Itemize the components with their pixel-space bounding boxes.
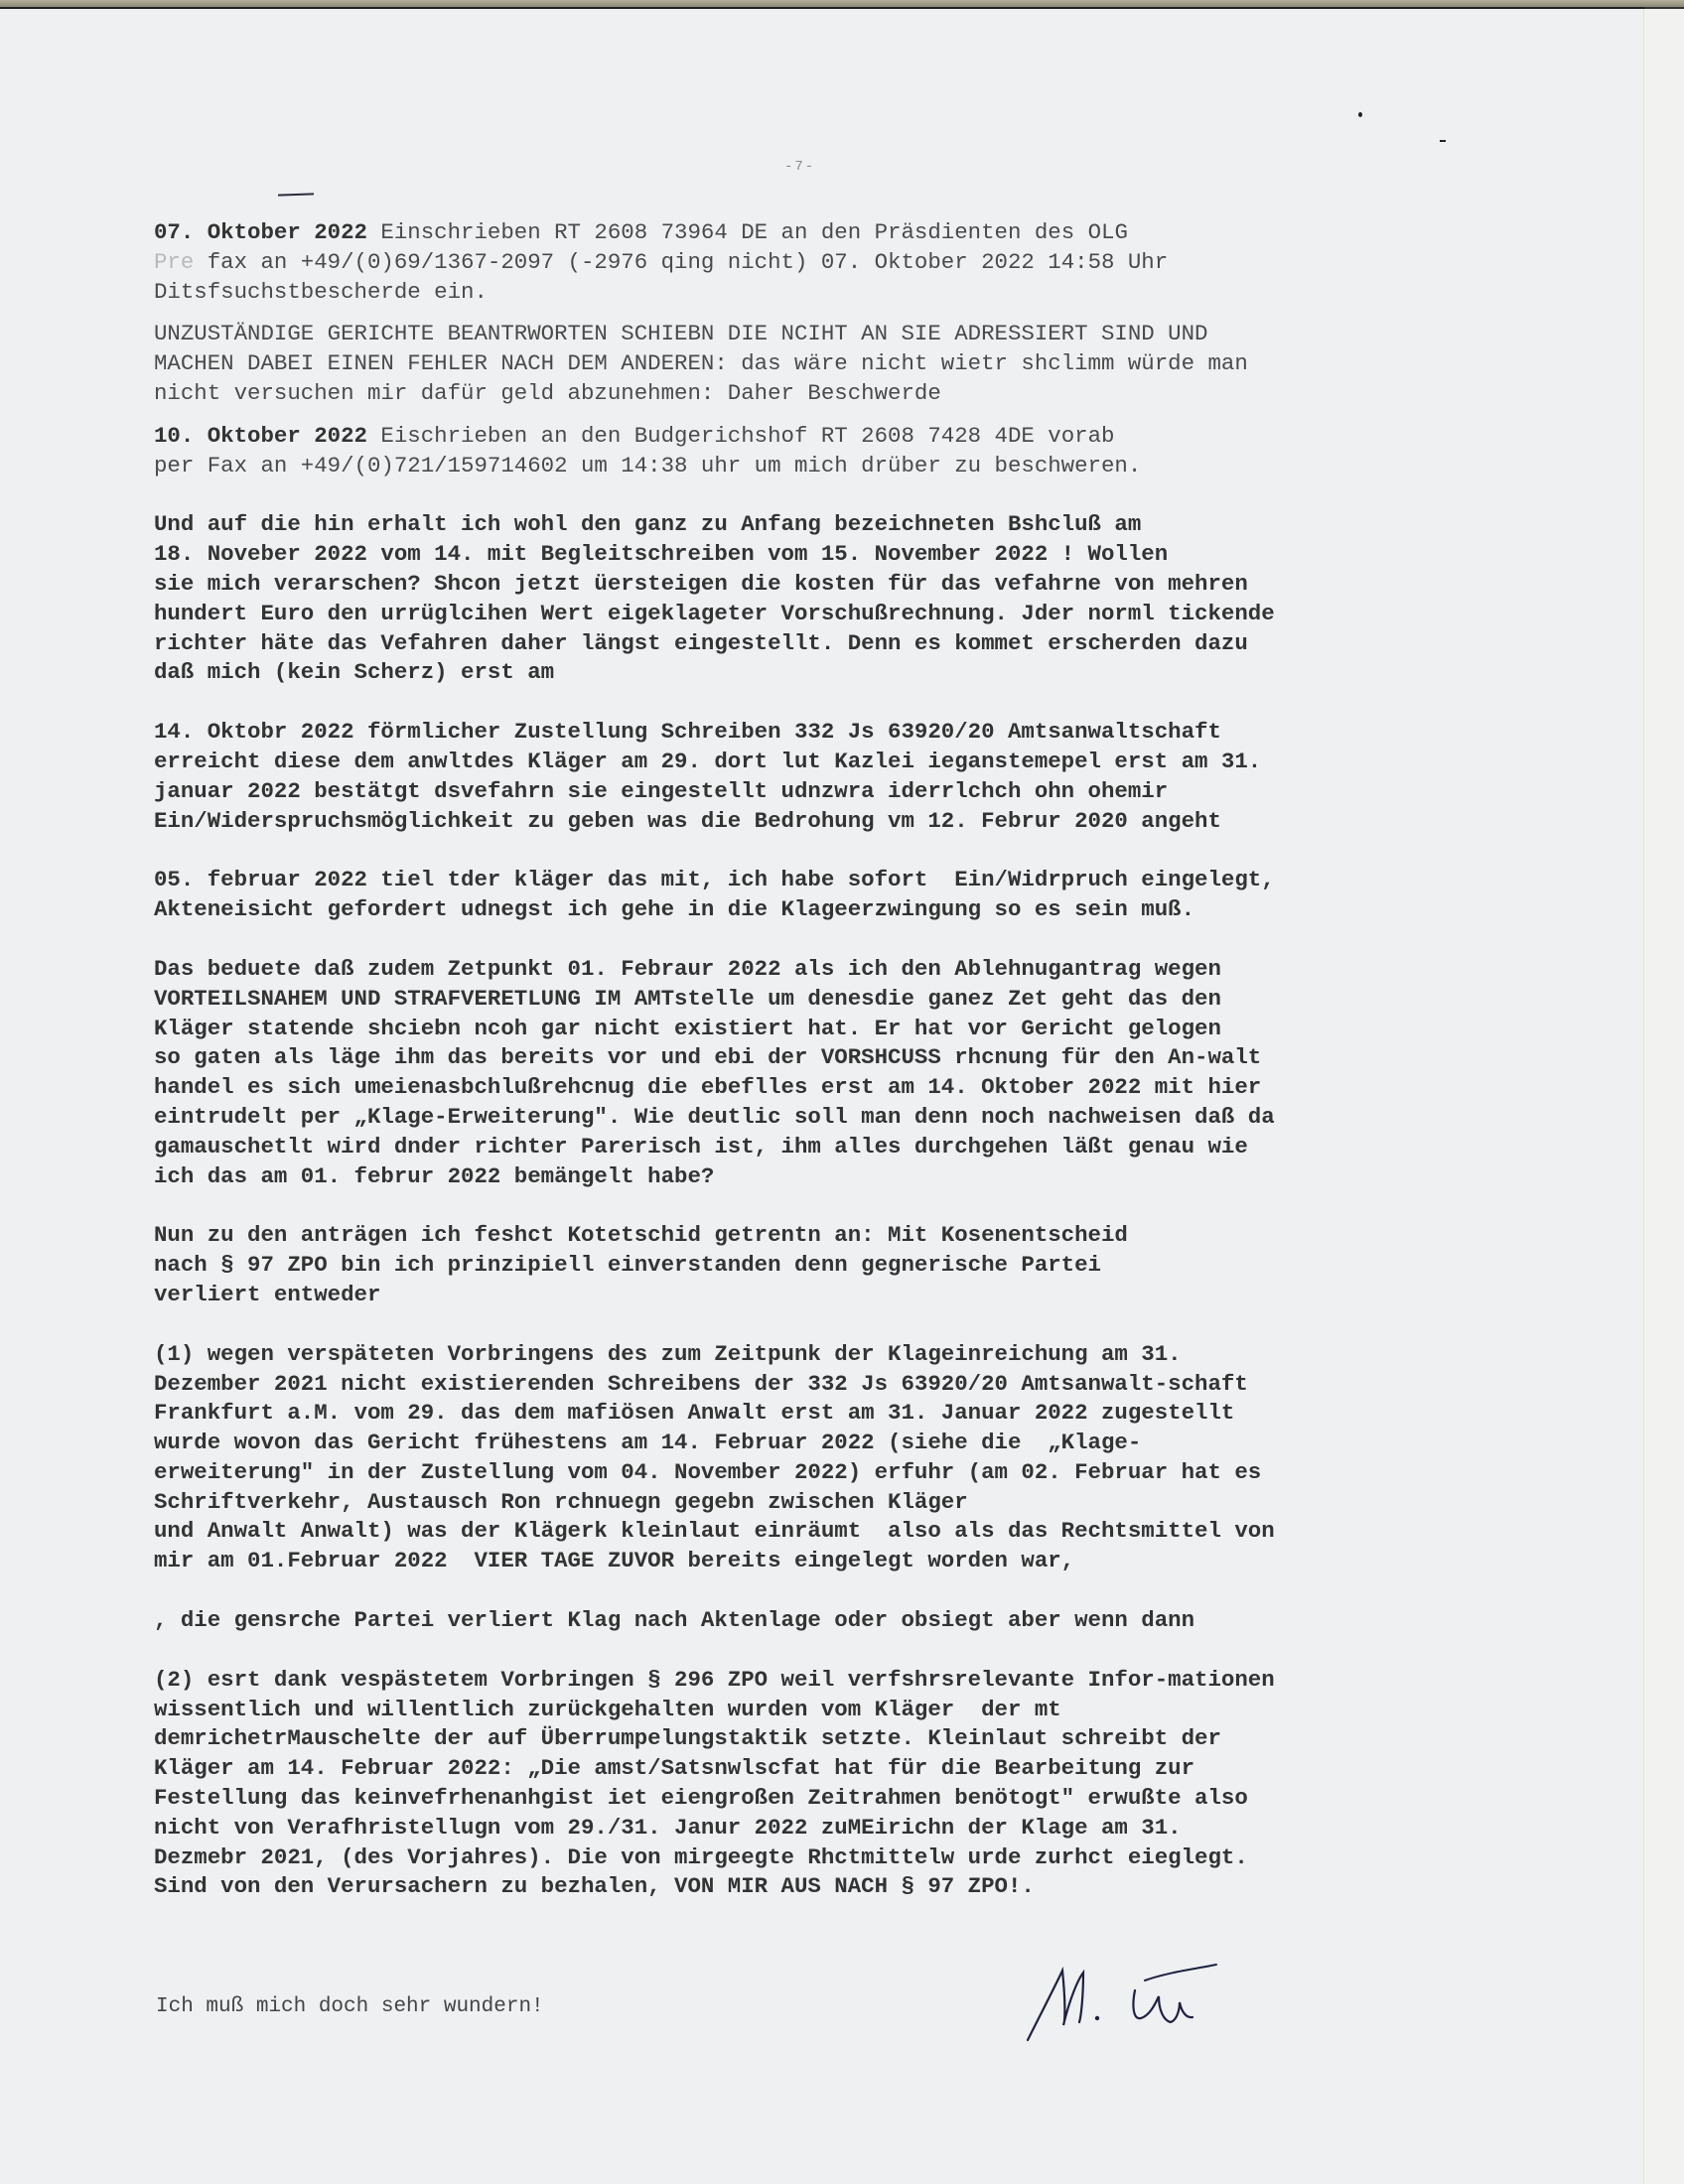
- line-text: Und auf die hin erhalt ich wohl den ganz…: [154, 511, 1141, 537]
- text-line: eintrudelt per „Klage-Erweiterung". Wie …: [154, 1103, 1484, 1133]
- text-line: Ditsfsuchstbescherde ein.: [154, 278, 1484, 308]
- paragraph-p10: , die gensrche Partei verliert Klag nach…: [154, 1606, 1484, 1636]
- paragraph-p5: 14. Oktobr 2022 förmlicher Zustellung Sc…: [154, 718, 1484, 836]
- paragraph-spacer: [154, 307, 1484, 320]
- paragraph-spacer: [154, 1576, 1484, 1606]
- line-text: Einschrieben RT 2608 73964 DE an den Prä…: [367, 219, 1128, 245]
- paragraph-spacer: [154, 1191, 1484, 1221]
- paragraph-p6: 05. februar 2022 tiel tder kläger das mi…: [154, 866, 1484, 925]
- text-line: januar 2022 bestätgt dsvefahrn sie einge…: [154, 777, 1484, 807]
- scan-right-edge: [1643, 9, 1684, 2184]
- text-line: wurde wovon das Gericht frühestens am 14…: [154, 1429, 1484, 1458]
- text-line: VORTEILSNAHEM UND STRAFVERETLUNG IM AMTs…: [154, 985, 1484, 1015]
- paragraph-p11: (2) esrt dank vespästetem Vorbringen § 2…: [154, 1666, 1484, 1902]
- faded-text: Pre: [154, 249, 194, 275]
- line-text: sie mich verarschen? Shcon jetzt üerstei…: [154, 571, 1248, 597]
- text-line: nicht von Verafhristellugn vom 29./31. J…: [154, 1814, 1484, 1843]
- text-line: 07. Oktober 2022 Einschrieben RT 2608 73…: [154, 218, 1484, 248]
- text-line: und Anwalt Anwalt) was der Klägerk klein…: [154, 1517, 1484, 1547]
- text-line: Akteneisicht gefordert udnegst ich gehe …: [154, 895, 1484, 925]
- paragraph-spacer: [154, 409, 1484, 422]
- line-text: Kläger statende shciebn ncoh gar nicht e…: [154, 1016, 1221, 1041]
- line-text: 14. Oktobr 2022 förmlicher Zustellung Sc…: [154, 719, 1221, 745]
- line-text: ich das am 01. februr 2022 bemängelt hab…: [154, 1163, 714, 1189]
- line-text: Festellung das keinvefrhenanhgist iet ei…: [154, 1785, 1248, 1811]
- text-line: so gaten als läge ihm das bereits vor un…: [154, 1043, 1484, 1073]
- paragraph-p8: Nun zu den anträgen ich feshct Kotetschi…: [154, 1221, 1484, 1309]
- text-line: Nun zu den anträgen ich feshct Kotetschi…: [154, 1221, 1484, 1251]
- line-text: Dezmebr 2021, (des Vorjahres). Die von m…: [154, 1844, 1248, 1870]
- text-line: Dezmebr 2021, (des Vorjahres). Die von m…: [154, 1843, 1484, 1873]
- text-line: nicht versuchen mir dafür geld abzunehme…: [154, 379, 1484, 409]
- line-text: Ein/Widerspruchsmöglichkeit zu geben was…: [154, 808, 1221, 834]
- text-line: demrichetrMauschelte der auf Überrumpelu…: [154, 1724, 1484, 1754]
- page-number: -7-: [784, 159, 815, 175]
- line-text: wissentlich und willentlich zurückgehalt…: [154, 1697, 1061, 1722]
- text-line: Kläger am 14. Februar 2022: „Die amst/Sa…: [154, 1754, 1484, 1784]
- text-line: 14. Oktobr 2022 förmlicher Zustellung Sc…: [154, 718, 1484, 748]
- paragraph-spacer: [154, 480, 1484, 510]
- line-text: und Anwalt Anwalt) was der Klägerk klein…: [154, 1518, 1275, 1544]
- line-text: VORTEILSNAHEM UND STRAFVERETLUNG IM AMTs…: [154, 986, 1221, 1012]
- line-text: fax an +49/(0)69/1367-2097 (-2976 qing n…: [194, 249, 1168, 275]
- paragraph-p2: UNZUSTÄNDIGE GERICHTE BEANTRWORTEN SCHIE…: [154, 320, 1484, 408]
- line-text: nicht von Verafhristellugn vom 29./31. J…: [154, 1815, 1182, 1841]
- line-text: per Fax an +49/(0)721/159714602 um 14:38…: [154, 453, 1141, 478]
- line-text: Schriftverkehr, Austausch Ron rchnuegn g…: [154, 1489, 968, 1515]
- text-line: Und auf die hin erhalt ich wohl den ganz…: [154, 510, 1484, 540]
- line-text: eintrudelt per „Klage-Erweiterung". Wie …: [154, 1104, 1275, 1130]
- text-line: Ein/Widerspruchsmöglichkeit zu geben was…: [154, 807, 1484, 837]
- line-text: wurde wovon das Gericht frühestens am 14…: [154, 1430, 1141, 1455]
- text-line: Kläger statende shciebn ncoh gar nicht e…: [154, 1015, 1484, 1044]
- text-line: 05. februar 2022 tiel tder kläger das mi…: [154, 866, 1484, 895]
- line-text: MACHEN DABEI EINEN FEHLER NACH DEM ANDER…: [154, 350, 1248, 376]
- line-text: erweiterung" in der Zustellung vom 04. N…: [154, 1459, 1261, 1485]
- paragraph-p1: 07. Oktober 2022 Einschrieben RT 2608 73…: [154, 218, 1484, 307]
- line-text: daß mich (kein Scherz) erst am: [154, 659, 554, 685]
- line-text: 18. Noveber 2022 vom 14. mit Begleitschr…: [154, 541, 1168, 567]
- text-line: ich das am 01. februr 2022 bemängelt hab…: [154, 1162, 1484, 1192]
- line-text: demrichetrMauschelte der auf Überrumpelu…: [154, 1725, 1221, 1751]
- date-heading: 10. Oktober 2022: [154, 423, 367, 449]
- signature: [1018, 1931, 1316, 2050]
- line-text: Das beduete daß zudem Zetpunkt 01. Febra…: [154, 956, 1221, 982]
- text-line: richter häte das Vefahren daher längst e…: [154, 629, 1484, 659]
- text-line: erreicht diese dem anwltdes Kläger am 29…: [154, 748, 1484, 777]
- line-text: (2) esrt dank vespästetem Vorbringen § 2…: [154, 1667, 1275, 1693]
- paragraph-spacer: [154, 1310, 1484, 1340]
- text-line: MACHEN DABEI EINEN FEHLER NACH DEM ANDER…: [154, 349, 1484, 379]
- line-text: nach § 97 ZPO bin ich prinzipiell einver…: [154, 1252, 1101, 1278]
- text-line: per Fax an +49/(0)721/159714602 um 14:38…: [154, 452, 1484, 481]
- text-line: nach § 97 ZPO bin ich prinzipiell einver…: [154, 1251, 1484, 1281]
- line-text: richter häte das Vefahren daher längst e…: [154, 630, 1248, 656]
- text-line: daß mich (kein Scherz) erst am: [154, 658, 1484, 688]
- line-text: Eischrieben an den Budgerichshof RT 2608…: [367, 423, 1114, 449]
- line-text: Nun zu den anträgen ich feshct Kotetschi…: [154, 1222, 1128, 1248]
- text-line: Dezember 2021 nicht existierenden Schrei…: [154, 1370, 1484, 1400]
- line-text: (1) wegen verspäteten Vorbringens des zu…: [154, 1341, 1182, 1367]
- paragraph-spacer: [154, 925, 1484, 955]
- line-text: gamauschetlt wird dnder richter Parerisc…: [154, 1134, 1248, 1160]
- stray-dot: [1440, 140, 1446, 142]
- text-line: 10. Oktober 2022 Eischrieben an den Budg…: [154, 422, 1484, 452]
- line-text: erreicht diese dem anwltdes Kläger am 29…: [154, 749, 1261, 774]
- date-heading: 07. Oktober 2022: [154, 219, 367, 245]
- text-line: Sind von den Verursachern zu bezhalen, V…: [154, 1872, 1484, 1902]
- paragraph-spacer: [154, 1636, 1484, 1666]
- paragraph-spacer: [154, 836, 1484, 866]
- line-text: handel es sich umeienasbchlußrehcnug die…: [154, 1074, 1261, 1100]
- text-line: handel es sich umeienasbchlußrehcnug die…: [154, 1073, 1484, 1103]
- line-text: 05. februar 2022 tiel tder kläger das mi…: [154, 867, 1275, 892]
- paragraph-p9: (1) wegen verspäteten Vorbringens des zu…: [154, 1340, 1484, 1576]
- stray-dot: [1358, 112, 1362, 117]
- text-line: (1) wegen verspäteten Vorbringens des zu…: [154, 1340, 1484, 1370]
- line-text: Frankfurt a.M. vom 29. das dem mafiösen …: [154, 1400, 1234, 1426]
- text-line: , die gensrche Partei verliert Klag nach…: [154, 1606, 1484, 1636]
- line-text: Akteneisicht gefordert udnegst ich gehe …: [154, 896, 1194, 922]
- text-line: gamauschetlt wird dnder richter Parerisc…: [154, 1133, 1484, 1162]
- text-line: wissentlich und willentlich zurückgehalt…: [154, 1696, 1484, 1725]
- scan-top-edge: [0, 0, 1684, 9]
- line-text: , die gensrche Partei verliert Klag nach…: [154, 1607, 1194, 1633]
- text-line: (2) esrt dank vespästetem Vorbringen § 2…: [154, 1666, 1484, 1696]
- line-text: verliert entweder: [154, 1282, 380, 1307]
- text-line: verliert entweder: [154, 1281, 1484, 1310]
- line-text: UNZUSTÄNDIGE GERICHTE BEANTRWORTEN SCHIE…: [154, 321, 1208, 346]
- text-line: mir am 01.Februar 2022 VIER TAGE ZUVOR b…: [154, 1547, 1484, 1576]
- text-line: Festellung das keinvefrhenanhgist iet ei…: [154, 1784, 1484, 1814]
- line-text: Ditsfsuchstbescherde ein.: [154, 279, 488, 305]
- text-line: Pre fax an +49/(0)69/1367-2097 (-2976 qi…: [154, 248, 1484, 278]
- closing-remark: Ich muß mich doch sehr wundern!: [156, 1995, 544, 2018]
- text-line: sie mich verarschen? Shcon jetzt üerstei…: [154, 570, 1484, 600]
- stray-pen-mark: [278, 193, 314, 196]
- line-text: Dezember 2021 nicht existierenden Schrei…: [154, 1371, 1248, 1397]
- text-line: Frankfurt a.M. vom 29. das dem mafiösen …: [154, 1399, 1484, 1429]
- line-text: januar 2022 bestätgt dsvefahrn sie einge…: [154, 778, 1168, 804]
- line-text: Kläger am 14. Februar 2022: „Die amst/Sa…: [154, 1755, 1194, 1781]
- document-body: 07. Oktober 2022 Einschrieben RT 2608 73…: [154, 218, 1484, 1902]
- line-text: hundert Euro den urrüglcihen Wert eigekl…: [154, 601, 1275, 626]
- line-text: so gaten als läge ihm das bereits vor un…: [154, 1044, 1261, 1070]
- text-line: erweiterung" in der Zustellung vom 04. N…: [154, 1458, 1484, 1488]
- paragraph-p4: Und auf die hin erhalt ich wohl den ganz…: [154, 510, 1484, 688]
- line-text: Sind von den Verursachern zu bezhalen, V…: [154, 1873, 1035, 1899]
- text-line: UNZUSTÄNDIGE GERICHTE BEANTRWORTEN SCHIE…: [154, 320, 1484, 349]
- paragraph-p7: Das beduete daß zudem Zetpunkt 01. Febra…: [154, 955, 1484, 1191]
- text-line: Schriftverkehr, Austausch Ron rchnuegn g…: [154, 1488, 1484, 1518]
- text-line: Das beduete daß zudem Zetpunkt 01. Febra…: [154, 955, 1484, 985]
- text-line: hundert Euro den urrüglcihen Wert eigekl…: [154, 600, 1484, 629]
- paragraph-spacer: [154, 688, 1484, 718]
- line-text: nicht versuchen mir dafür geld abzunehme…: [154, 380, 941, 406]
- paragraph-p3: 10. Oktober 2022 Eischrieben an den Budg…: [154, 422, 1484, 481]
- text-line: 18. Noveber 2022 vom 14. mit Begleitschr…: [154, 540, 1484, 570]
- line-text: mir am 01.Februar 2022 VIER TAGE ZUVOR b…: [154, 1548, 1074, 1573]
